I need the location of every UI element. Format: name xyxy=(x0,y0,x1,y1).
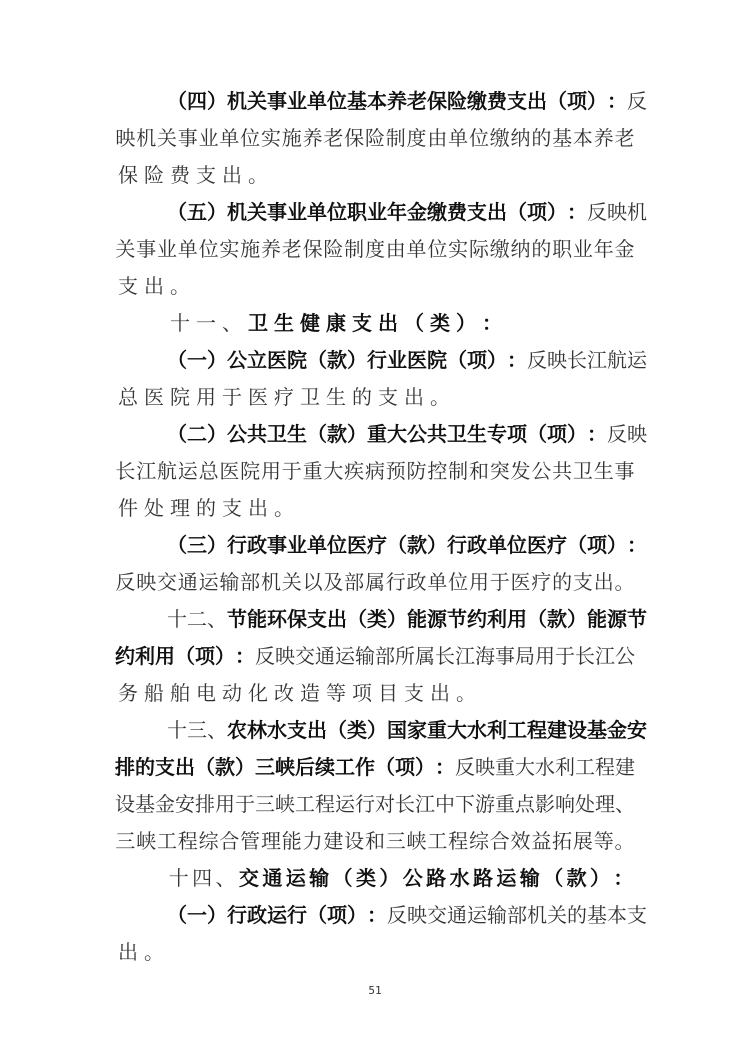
paragraph-s11-2: （二）公共卫生（款）重大公共卫生专项（项）：反映长江航运总医院用于重大疾病预防控… xyxy=(115,416,635,527)
text-line: （三）行政事业单位医疗（款）行政单位医疗（项）： xyxy=(115,527,635,564)
text-line: 三峡工程综合管理能力建设和三峡工程综合效益拓展等。 xyxy=(115,823,635,860)
page-number: 51 xyxy=(0,984,750,997)
paragraph-s11-3: （三）行政事业单位医疗（款）行政单位医疗（项）：反映交通运输部机关以及部属行政单… xyxy=(115,527,635,601)
text-line: 总医院用于医疗卫生的支出。 xyxy=(115,379,635,416)
text-line: 约利用（项）：反映交通运输部所属长江海事局用于长江公 xyxy=(115,638,635,675)
text-line: 设基金安排用于三峡工程运行对长江中下游重点影响处理、 xyxy=(115,786,635,823)
text-line: （五）机关事业单位职业年金缴费支出（项）：反映机 xyxy=(115,194,635,231)
text-line: 十三、农林水支出（类）国家重大水利工程建设基金安 xyxy=(115,712,635,749)
text-line: （一）行政运行（项）：反映交通运输部机关的基本支 xyxy=(115,897,635,934)
text-line: 反映交通运输部机关以及部属行政单位用于医疗的支出。 xyxy=(115,564,635,601)
paragraph-s12: 十二、节能环保支出（类）能源节约利用（款）能源节约利用（项）：反映交通运输部所属… xyxy=(115,601,635,712)
paragraph-p5: （五）机关事业单位职业年金缴费支出（项）：反映机关事业单位实施养老保险制度由单位… xyxy=(115,194,635,305)
paragraph-s13: 十三、农林水支出（类）国家重大水利工程建设基金安排的支出（款）三峡后续工作（项）… xyxy=(115,712,635,860)
document-page: （四）机关事业单位基本养老保险缴费支出（项）：反映机关事业单位实施养老保险制度由… xyxy=(0,0,750,1060)
paragraph-s11: 十一、卫生健康支出（类）： xyxy=(115,305,635,342)
text-line: （一）公立医院（款）行业医院（项）：反映长江航运 xyxy=(115,342,635,379)
text-line: 长江航运总医院用于重大疾病预防控制和突发公共卫生事 xyxy=(115,453,635,490)
text-line: 排的支出（款）三峡后续工作（项）：反映重大水利工程建 xyxy=(115,749,635,786)
text-line: （四）机关事业单位基本养老保险缴费支出（项）：反 xyxy=(115,83,635,120)
text-line: 支出。 xyxy=(115,268,635,305)
text-line: 保险费支出。 xyxy=(115,157,635,194)
document-body: （四）机关事业单位基本养老保险缴费支出（项）：反映机关事业单位实施养老保险制度由… xyxy=(115,83,635,971)
text-line: 十二、节能环保支出（类）能源节约利用（款）能源节 xyxy=(115,601,635,638)
paragraph-s11-1: （一）公立医院（款）行业医院（项）：反映长江航运总医院用于医疗卫生的支出。 xyxy=(115,342,635,416)
text-line: 关事业单位实施养老保险制度由单位实际缴纳的职业年金 xyxy=(115,231,635,268)
text-line: （二）公共卫生（款）重大公共卫生专项（项）：反映 xyxy=(115,416,635,453)
text-line: 出。 xyxy=(115,934,635,971)
text-line: 十四、交通运输（类）公路水路运输（款）： xyxy=(115,860,635,897)
paragraph-s14: 十四、交通运输（类）公路水路运输（款）： xyxy=(115,860,635,897)
text-line: 务船舶电动化改造等项目支出。 xyxy=(115,675,635,712)
paragraph-s14-1: （一）行政运行（项）：反映交通运输部机关的基本支出。 xyxy=(115,897,635,971)
text-line: 十一、卫生健康支出（类）： xyxy=(115,305,635,342)
text-line: 映机关事业单位实施养老保险制度由单位缴纳的基本养老 xyxy=(115,120,635,157)
text-line: 件处理的支出。 xyxy=(115,490,635,527)
paragraph-p4: （四）机关事业单位基本养老保险缴费支出（项）：反映机关事业单位实施养老保险制度由… xyxy=(115,83,635,194)
